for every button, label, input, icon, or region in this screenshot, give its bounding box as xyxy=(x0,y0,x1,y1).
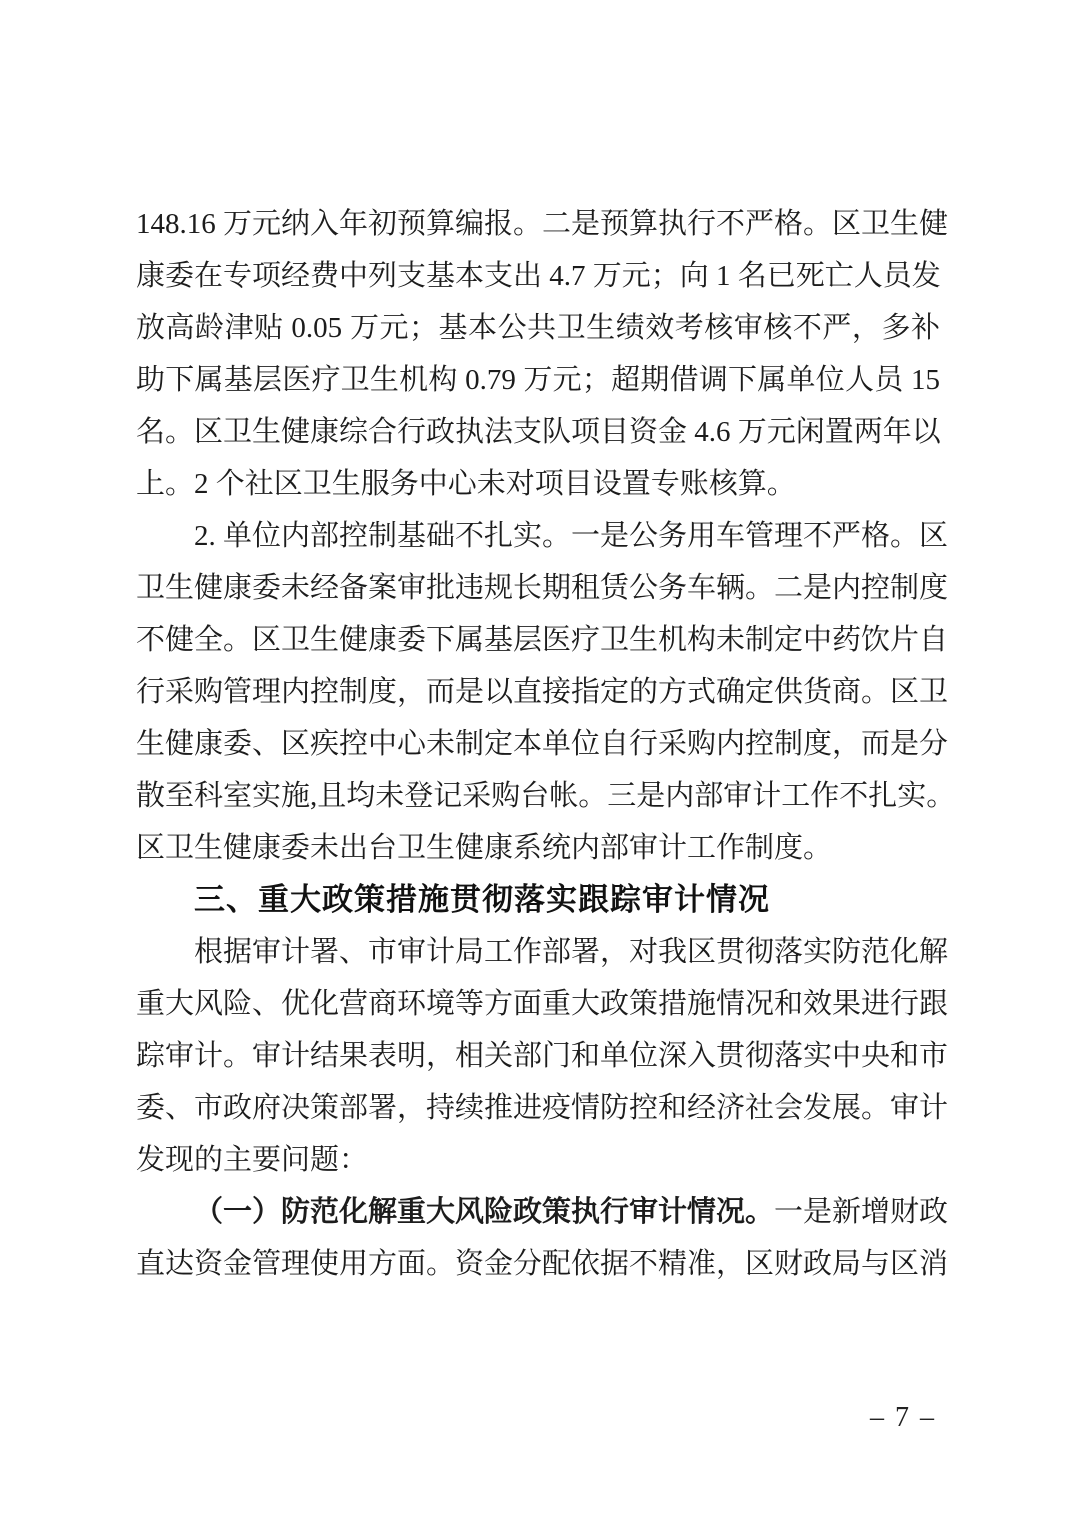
body-line: 148.16 万元纳入年初预算编报。二是预算执行不严格。区卫生健 xyxy=(136,198,940,250)
body-line: 区卫生健康委未出台卫生健康系统内部审计工作制度。 xyxy=(136,822,940,874)
body-line: 生健康委、区疾控中心未制定本单位自行采购内控制度，而是分 xyxy=(136,718,940,770)
body-text-segment: 一是新增财政 xyxy=(774,1196,948,1228)
subheading-inline: （一）防范化解重大风险政策执行审计情况。 xyxy=(194,1196,774,1228)
body-line: （一）防范化解重大风险政策执行审计情况。一是新增财政 xyxy=(136,1186,940,1238)
page-number: – 7 – xyxy=(870,1398,936,1438)
body-line: 2. 单位内部控制基础不扎实。一是公务用车管理不严格。区 xyxy=(136,510,940,562)
body-line: 根据审计署、市审计局工作部署，对我区贯彻落实防范化解 xyxy=(136,926,940,978)
body-line: 名。区卫生健康综合行政执法支队项目资金 4.6 万元闲置两年以 xyxy=(136,406,940,458)
body-line: 散至科室实施,且均未登记采购台帐。三是内部审计工作不扎实。 xyxy=(136,770,940,822)
section-heading: 三、重大政策措施贯彻落实跟踪审计情况 xyxy=(136,874,940,926)
body-line: 卫生健康委未经备案审批违规长期租赁公务车辆。二是内控制度 xyxy=(136,562,940,614)
body-line: 行采购管理内控制度，而是以直接指定的方式确定供货商。区卫 xyxy=(136,666,940,718)
body-line: 踪审计。审计结果表明，相关部门和单位深入贯彻落实中央和市 xyxy=(136,1030,940,1082)
body-line: 发现的主要问题： xyxy=(136,1134,940,1186)
body-line: 重大风险、优化营商环境等方面重大政策措施情况和效果进行跟 xyxy=(136,978,940,1030)
body-line: 委、市政府决策部署，持续推进疫情防控和经济社会发展。审计 xyxy=(136,1082,940,1134)
body-line: 助下属基层医疗卫生机构 0.79 万元；超期借调下属单位人员 15 xyxy=(136,354,940,406)
body-line: 不健全。区卫生健康委下属基层医疗卫生机构未制定中药饮片自 xyxy=(136,614,940,666)
document-body: 148.16 万元纳入年初预算编报。二是预算执行不严格。区卫生健 康委在专项经费… xyxy=(136,198,940,1290)
body-line: 康委在专项经费中列支基本支出 4.7 万元；向 1 名已死亡人员发 xyxy=(136,250,940,302)
body-line: 放高龄津贴 0.05 万元；基本公共卫生绩效考核审核不严，多补 xyxy=(136,302,940,354)
document-page: 148.16 万元纳入年初预算编报。二是预算执行不严格。区卫生健 康委在专项经费… xyxy=(0,0,1074,1520)
body-line: 直达资金管理使用方面。资金分配依据不精准，区财政局与区消 xyxy=(136,1238,940,1290)
body-line: 上。2 个社区卫生服务中心未对项目设置专账核算。 xyxy=(136,458,940,510)
